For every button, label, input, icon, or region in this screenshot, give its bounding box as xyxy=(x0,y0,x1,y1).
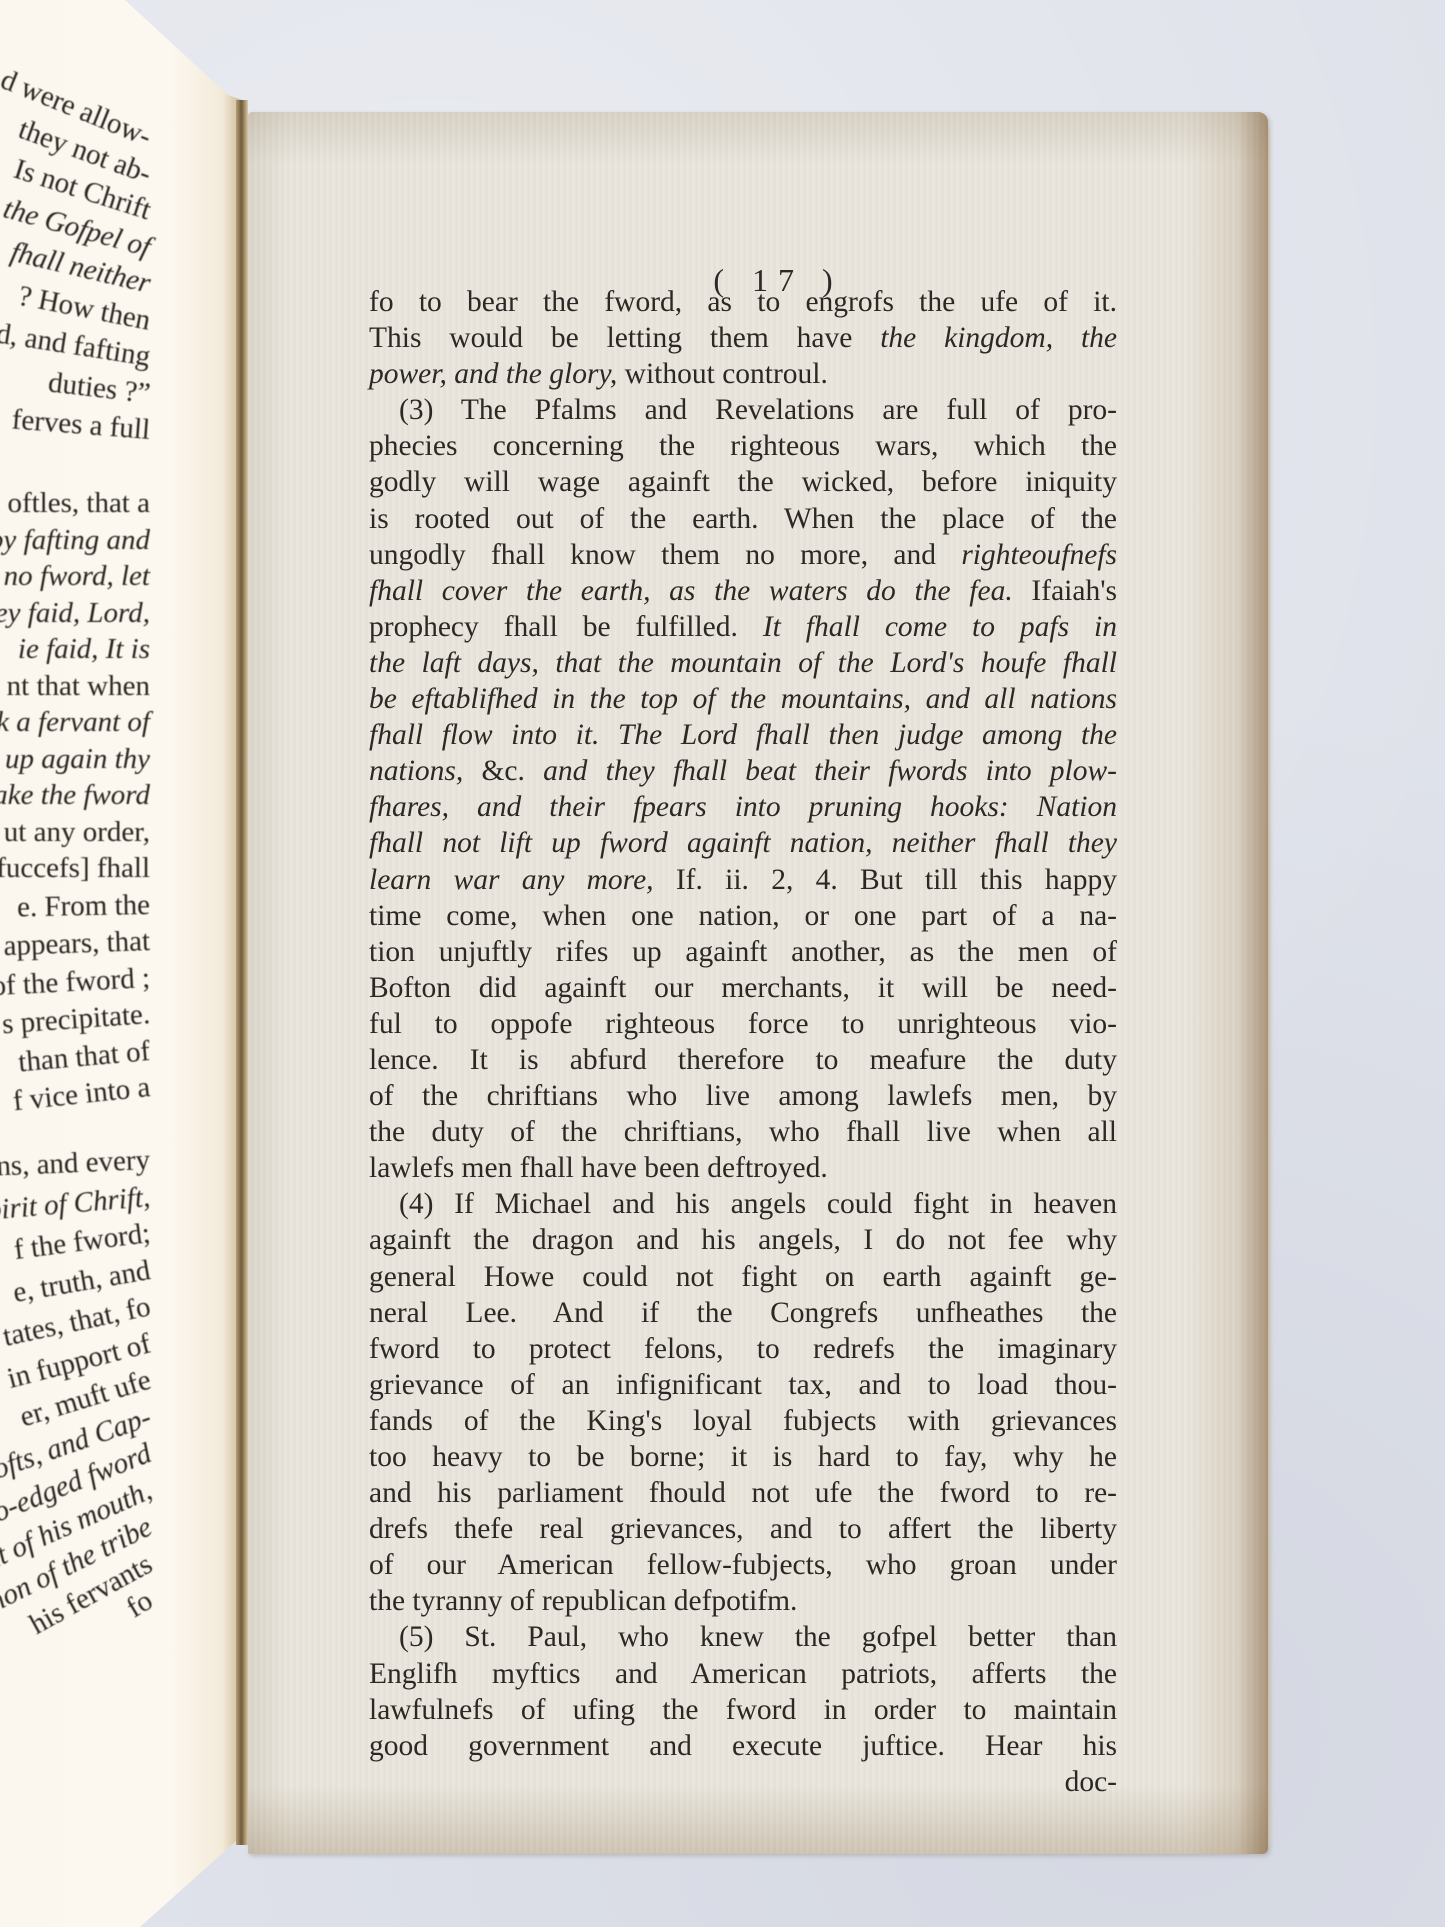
left-text-line: ie faid, It is xyxy=(0,631,150,668)
text-line: is rooted out of the earth. When the pla… xyxy=(369,501,1117,537)
italic-text-segment: be eftablifhed in the top of the mountai… xyxy=(369,683,1117,715)
left-text-line: ck a fervant of xyxy=(0,704,150,741)
text-segment: lawfulnefs of ufing the fword in order t… xyxy=(369,1694,1117,1726)
text-line: tion unjuftly rifes up againft another, … xyxy=(369,934,1117,970)
text-line: fhall flow into it. The Lord fhall then … xyxy=(369,717,1117,753)
text-segment: grievance of an infignificant tax, and t… xyxy=(369,1369,1117,1401)
text-segment: of our American fellow-fubjects, who gro… xyxy=(369,1549,1117,1581)
text-segment: ful to oppofe righteous force to unright… xyxy=(369,1008,1117,1040)
left-text-line: ut any order, xyxy=(0,814,150,851)
text-line: Englifh myftics and American patriots, a… xyxy=(369,1656,1117,1692)
text-line: lawfulnefs of ufing the fword in order t… xyxy=(369,1692,1117,1728)
text-segment: prophecy fhall be fulfilled. xyxy=(369,611,763,643)
left-text-line xyxy=(0,449,150,486)
text-segment: tion unjuftly rifes up againft another, … xyxy=(369,936,1117,968)
italic-text-segment: fhall cover the earth, as the waters do … xyxy=(369,575,1013,607)
catchword: doc- xyxy=(369,1764,1117,1800)
text-line: ful to oppofe righteous force to unright… xyxy=(369,1006,1117,1042)
text-line: general Howe could not fight on earth ag… xyxy=(369,1259,1117,1295)
text-segment: neral Lee. And if the Congrefs unfheathe… xyxy=(369,1297,1117,1329)
text-line: This would be letting them have the king… xyxy=(369,320,1117,356)
text-line: nations, &c. and they fhall beat their f… xyxy=(369,753,1117,789)
text-line: too heavy to be borne; it is hard to fay… xyxy=(369,1439,1117,1475)
text-segment: of the chriftians who live among lawlefs… xyxy=(369,1080,1117,1112)
left-text-line: t up again thy xyxy=(0,741,150,778)
text-segment: too heavy to be borne; it is hard to fay… xyxy=(369,1441,1117,1473)
text-line: learn war any more, If. ii. 2, 4. But ti… xyxy=(369,862,1117,898)
left-text-line: by fafting and xyxy=(0,522,150,559)
text-segment: fword to protect felons, to redrefs the … xyxy=(369,1333,1117,1365)
text-line: fhall cover the earth, as the waters do … xyxy=(369,573,1117,609)
text-line: time come, when one nation, or one part … xyxy=(369,898,1117,934)
text-segment: the duty of the chriftians, who fhall li… xyxy=(369,1116,1117,1148)
italic-text-segment: power, and the glory, xyxy=(369,358,617,390)
text-line: and his parliament fhould not ufe the fw… xyxy=(369,1475,1117,1511)
text-line: lawlefs men fhall have been deftroyed. xyxy=(369,1150,1117,1186)
text-segment: lawlefs men fhall have been deftroyed. xyxy=(369,1152,828,1184)
text-line: prophecy fhall be fulfilled. It fhall co… xyxy=(369,609,1117,645)
text-line: (5) St. Paul, who knew the gofpel better… xyxy=(369,1619,1117,1655)
left-text-line: e. From the xyxy=(0,887,150,928)
text-segment: fands of the King's loyal fubjects with … xyxy=(369,1405,1117,1437)
left-text-line: no fword, let xyxy=(0,558,150,595)
text-line: phecies concerning the righteous wars, w… xyxy=(369,428,1117,464)
text-segment: godly will wage againft the wicked, befo… xyxy=(369,466,1117,498)
text-segment: Ifaiah's xyxy=(1013,575,1117,607)
text-segment: againft the dragon and his angels, I do … xyxy=(369,1224,1117,1256)
italic-text-segment: righteoufnefs xyxy=(961,539,1117,571)
text-line: power, and the glory, without controul. xyxy=(369,356,1117,392)
left-text-line: ake the fword xyxy=(0,777,150,814)
text-line: fword to protect felons, to redrefs the … xyxy=(369,1331,1117,1367)
italic-text-segment: learn war any more, xyxy=(369,864,654,896)
italic-text-segment: fhall flow into it. The Lord fhall then … xyxy=(369,719,1117,751)
text-segment: general Howe could not fight on earth ag… xyxy=(369,1261,1117,1293)
text-line: fo to bear the fword, as to engrofs the … xyxy=(369,284,1117,320)
italic-text-segment: fhall not lift up fword againft nation, … xyxy=(369,827,1117,859)
text-segment: lence. It is abfurd therefore to meafure… xyxy=(369,1044,1117,1076)
text-segment: Englifh myftics and American patriots, a… xyxy=(369,1658,1117,1690)
text-line: fhall not lift up fword againft nation, … xyxy=(369,825,1117,861)
text-line: lence. It is abfurd therefore to meafure… xyxy=(369,1042,1117,1078)
text-segment: (4) If Michael and his angels could figh… xyxy=(399,1188,1117,1220)
text-segment: good government and execute juftice. Hea… xyxy=(369,1730,1117,1762)
text-line: of the chriftians who live among lawlefs… xyxy=(369,1078,1117,1114)
text-segment: is rooted out of the earth. When the pla… xyxy=(369,503,1117,535)
italic-text-segment: the laft days, that the mountain of the … xyxy=(369,647,1117,679)
book-gutter xyxy=(236,100,248,1845)
left-facing-page: d were allow-they not ab-Is not Chriftth… xyxy=(0,0,242,1927)
text-line: neral Lee. And if the Congrefs unfheathe… xyxy=(369,1295,1117,1331)
text-line: fands of the King's loyal fubjects with … xyxy=(369,1403,1117,1439)
text-line: good government and execute juftice. Hea… xyxy=(369,1728,1117,1764)
text-segment: Bofton did againft our merchants, it wil… xyxy=(369,972,1117,1004)
text-line: ungodly fhall know them no more, and rig… xyxy=(369,537,1117,573)
italic-text-segment: fhares, and their fpears into pruning ho… xyxy=(369,791,1117,823)
text-segment: (5) St. Paul, who knew the gofpel better… xyxy=(399,1621,1117,1653)
left-text-line: they faid, Lord, xyxy=(0,595,150,632)
text-segment: and his parliament fhould not ufe the fw… xyxy=(369,1477,1117,1509)
text-line: (4) If Michael and his angels could figh… xyxy=(369,1186,1117,1222)
page-body-text: fo to bear the fword, as to engrofs the … xyxy=(369,284,1117,1800)
left-text-line: nt that when xyxy=(0,668,150,705)
text-segment: If. ii. 2, 4. But till this happy xyxy=(654,864,1117,896)
text-segment: phecies concerning the righteous wars, w… xyxy=(369,430,1117,462)
right-page: ( 17 ) fo to bear the fword, as to engro… xyxy=(248,112,1268,1854)
text-line: againft the dragon and his angels, I do … xyxy=(369,1222,1117,1258)
text-segment: fo to bear the fword, as to engrofs the … xyxy=(369,286,1117,318)
text-line: of our American fellow-fubjects, who gro… xyxy=(369,1547,1117,1583)
text-segment: drefs thefe real grievances, and to affe… xyxy=(369,1513,1117,1545)
text-line: fhares, and their fpears into pruning ho… xyxy=(369,789,1117,825)
text-line: Bofton did againft our merchants, it wil… xyxy=(369,970,1117,1006)
text-line: the laft days, that the mountain of the … xyxy=(369,645,1117,681)
text-line: grievance of an infignificant tax, and t… xyxy=(369,1367,1117,1403)
left-text-line: fuccefs] fhall xyxy=(0,850,150,887)
text-segment: This would be letting them have xyxy=(369,322,880,354)
text-line: godly will wage againft the wicked, befo… xyxy=(369,464,1117,500)
text-line: (3) The Pfalms and Revelations are full … xyxy=(369,392,1117,428)
text-line: be eftablifhed in the top of the mountai… xyxy=(369,681,1117,717)
italic-text-segment: the kingdom, the xyxy=(880,322,1117,354)
italic-text-segment: It fhall come to pafs in xyxy=(763,611,1117,643)
text-line: the duty of the chriftians, who fhall li… xyxy=(369,1114,1117,1150)
text-line: drefs thefe real grievances, and to affe… xyxy=(369,1511,1117,1547)
text-segment: (3) The Pfalms and Revelations are full … xyxy=(399,394,1117,426)
text-segment: &c. xyxy=(481,755,543,787)
text-segment: time come, when one nation, or one part … xyxy=(369,900,1117,932)
italic-text-segment: nations, xyxy=(369,755,481,787)
italic-text-segment: and they fhall beat their fwords into pl… xyxy=(543,755,1117,787)
text-segment: ungodly fhall know them no more, and xyxy=(369,539,961,571)
text-line: the tyranny of republican defpotifm. xyxy=(369,1583,1117,1619)
left-text-line: oftles, that a xyxy=(0,485,150,522)
text-segment: without controul. xyxy=(617,358,828,390)
left-page-text: d were allow-they not ab-Is not Chriftth… xyxy=(0,120,150,1617)
text-segment: the tyranny of republican defpotifm. xyxy=(369,1585,797,1617)
